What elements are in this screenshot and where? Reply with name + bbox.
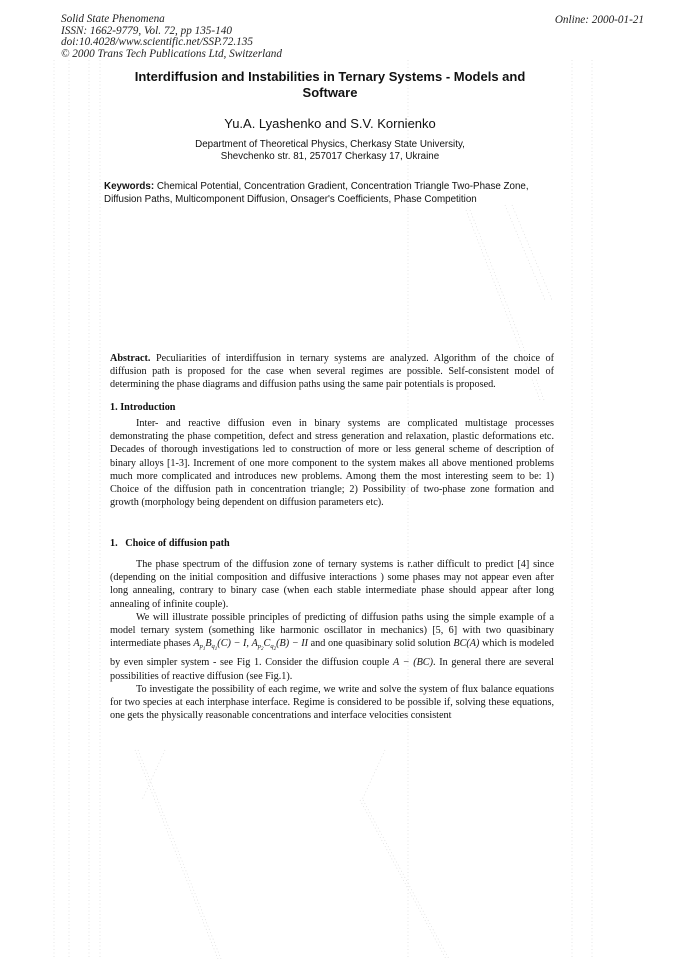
keywords: Keywords: Chemical Potential, Concentrat… xyxy=(104,181,554,206)
doi-link[interactable]: doi:10.4028/www.scientific.net/SSP.72.13… xyxy=(61,37,282,49)
paper-title: Interdiffusion and Instabilities in Tern… xyxy=(110,69,550,101)
journal-name: Solid State Phenomena xyxy=(61,14,282,26)
phase-formula-2: Ap2Cq2(B) − II xyxy=(252,638,308,649)
paragraph-with-math: We will illustrate possible principles o… xyxy=(110,611,554,683)
abstract-label: Abstract. xyxy=(110,353,150,364)
paragraph: The phase spectrum of the diffusion zone… xyxy=(110,558,554,611)
solid-solution-formula: BC(A) xyxy=(453,638,479,649)
phase-formula-1: Ap1Bq1(C) − I, xyxy=(193,638,249,649)
online-date: Online: 2000-01-21 xyxy=(555,14,644,26)
paper-authors: Yu.A. Lyashenko and S.V. Kornienko xyxy=(110,116,550,131)
diffusion-couple-formula: A − (BC) xyxy=(393,657,433,668)
keywords-label: Keywords: xyxy=(104,181,154,192)
section-heading-diffusion-path: 1. Choice of diffusion path xyxy=(110,538,230,549)
copyright-line: © 2000 Trans Tech Publications Ltd, Swit… xyxy=(61,49,282,61)
affiliation-line-2: Shevchenko str. 81, 257017 Cherkasy 17, … xyxy=(110,151,550,163)
affiliation-line-1: Department of Theoretical Physics, Cherk… xyxy=(110,139,550,151)
paragraph: To investigate the possibility of each r… xyxy=(110,683,554,723)
keywords-text: Chemical Potential, Concentration Gradie… xyxy=(104,181,529,205)
journal-metadata: Solid State Phenomena ISSN: 1662-9779, V… xyxy=(61,14,282,60)
abstract: Abstract. Peculiarities of interdiffusio… xyxy=(110,352,554,392)
affiliation: Department of Theoretical Physics, Cherk… xyxy=(110,139,550,163)
diffusion-path-body: The phase spectrum of the diffusion zone… xyxy=(110,558,554,722)
section-heading-introduction: 1. Introduction xyxy=(110,402,175,413)
paragraph: Inter- and reactive diffusion even in bi… xyxy=(110,417,554,509)
abstract-text: Peculiarities of interdiffusion in terna… xyxy=(110,353,554,390)
introduction-body: Inter- and reactive diffusion even in bi… xyxy=(110,417,554,509)
